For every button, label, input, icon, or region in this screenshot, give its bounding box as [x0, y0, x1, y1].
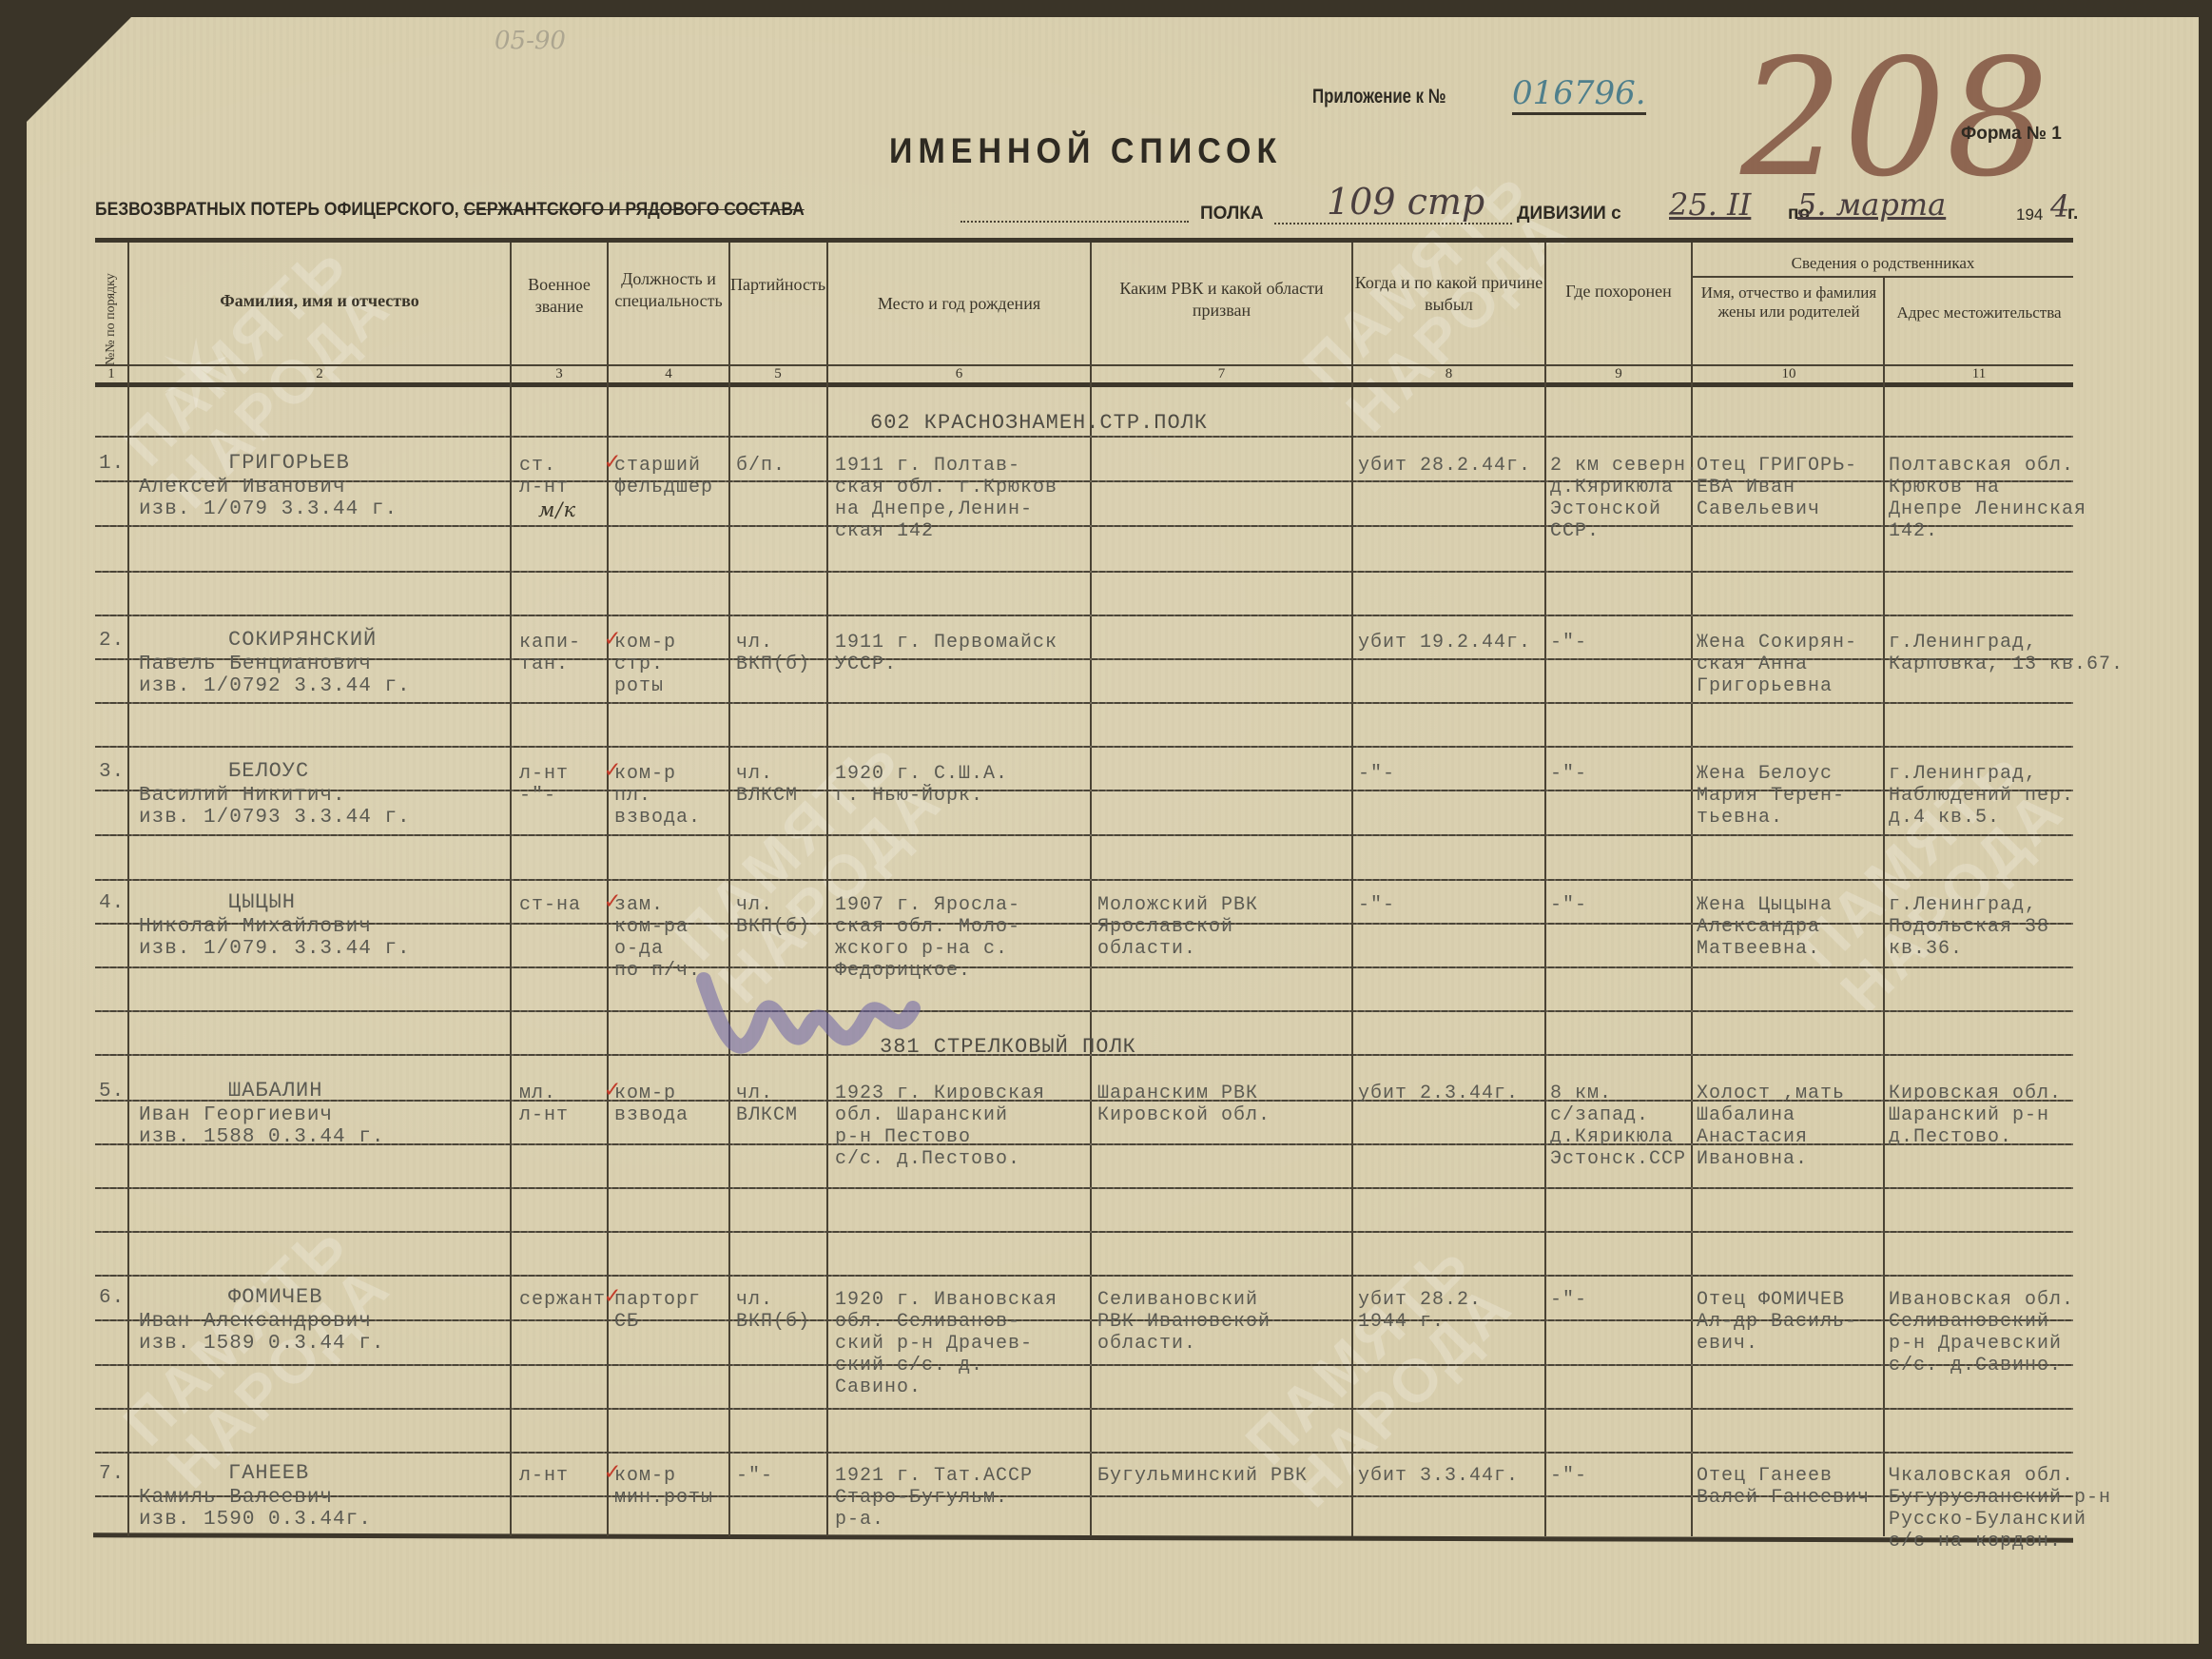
col-number-8: 8 [1353, 365, 1544, 384]
row-rule [95, 746, 2073, 748]
address-line: Подольская 38 [1889, 916, 2049, 938]
reason-line: убит 28.2.44г. [1358, 455, 1531, 477]
row-rule [95, 702, 2073, 704]
birth-line: р-а. [835, 1509, 884, 1531]
reason-line: убит 3.3.44г. [1358, 1465, 1519, 1487]
surname: ГРИГОРЬЕВ [228, 451, 350, 475]
birth-line: 1923 г. Кировская [835, 1083, 1045, 1104]
rank-line: тан. [519, 654, 569, 675]
relative-line: Жена Сокирян- [1697, 632, 1857, 654]
rank-line: капи- [519, 632, 581, 654]
rank-line: ст. [519, 455, 556, 477]
position-line: о-да [614, 938, 664, 960]
address-line: Селивановский [1889, 1311, 2049, 1333]
list-subtitle: БЕЗВОЗВРАТНЫХ ПОТЕРЬ ОФИЦЕРСКОГО, СЕРЖАН… [95, 200, 805, 221]
surname: ФОМИЧЕВ [228, 1285, 322, 1309]
col-header-1-label: №№ по порядку [103, 276, 120, 365]
relative-line: ская Анна [1697, 654, 1808, 675]
row-rule [95, 879, 2073, 881]
position-line: мин.роты [614, 1487, 713, 1509]
regiment-label: ПОЛКА [1200, 204, 1264, 224]
reason-line: -"- [1358, 894, 1395, 916]
address-line: Ивановская обл. [1889, 1289, 2074, 1311]
address-line: Кировская обл. [1889, 1083, 2062, 1104]
col-header-1: №№ по порядку [95, 276, 127, 361]
relative-line: Савельевич [1697, 498, 1820, 520]
birth-line: р-н Пестово [835, 1126, 971, 1148]
address-line: Чкаловская обл. [1889, 1465, 2074, 1487]
rank-line: л-нт [519, 1465, 569, 1487]
relative-line: Жена Цыцына [1697, 894, 1833, 916]
birth-line: Федорицкое. [835, 960, 971, 982]
birth-line: ская обл. Моло- [835, 916, 1020, 938]
red-check-icon: ✓ [605, 447, 620, 477]
year-prefix: 194 [2016, 205, 2043, 224]
position-line: старший [614, 455, 701, 477]
surname: ШАБАЛИН [228, 1079, 322, 1103]
table-top-border [95, 238, 2073, 243]
red-check-icon: ✓ [605, 755, 620, 785]
birth-line: жского р-на с. [835, 938, 1008, 960]
col-number-11: 11 [1885, 365, 2073, 384]
rvk-line: Моложский РВК [1097, 894, 1258, 916]
address-line: Карповка, 13 кв.67. [1889, 654, 2124, 675]
reason-line: -"- [1358, 763, 1395, 785]
row-rule [95, 525, 2073, 527]
subtitle-struck: СЕРЖАНТСКОГО И РЯДОВОГО СОСТАВА [464, 200, 805, 220]
address-line: д.Пестово. [1889, 1126, 2012, 1148]
relative-line: Отец Ганеев [1697, 1465, 1833, 1487]
row-rule [95, 966, 2073, 968]
row-rule [95, 571, 2073, 573]
row-rule [95, 1452, 2073, 1454]
rvk-line: РВК Ивановской [1097, 1311, 1271, 1333]
position-line: ком-р [614, 763, 676, 785]
given-names: Павель Бенцианович [139, 654, 372, 675]
position-line: ком-р [614, 632, 676, 654]
birth-line: ский с/с. д. [835, 1355, 983, 1376]
party-line: ВКП(б) [736, 654, 810, 675]
position-line: роты [614, 675, 664, 697]
date-from: 25. II [1669, 186, 1751, 223]
given-names: Иван Александрович [139, 1311, 372, 1333]
party-line: чл. [736, 894, 773, 916]
address-line: с/с на кордон. [1889, 1531, 2062, 1552]
party-line: чл. [736, 1083, 773, 1104]
col-number-4: 4 [609, 365, 728, 384]
birth-line: ский р-н Драчев- [835, 1333, 1033, 1355]
col-number-3: 3 [512, 365, 607, 384]
red-check-icon: ✓ [605, 1281, 620, 1311]
party-line: -"- [736, 1465, 773, 1487]
red-check-icon: ✓ [605, 1457, 620, 1487]
buried-line: -"- [1550, 632, 1587, 654]
birth-line: 1911 г. Полтав- [835, 455, 1020, 477]
birth-line: на Днепре,Ленин- [835, 498, 1033, 520]
notice-ref: изв. 1/079. 3.3.44 г. [139, 938, 411, 960]
page-title: ИМЕННОЙ СПИСОК [889, 131, 1282, 172]
subtitle-kept: БЕЗВОЗВРАТНЫХ ПОТЕРЬ ОФИЦЕРСКОГО, [95, 200, 459, 220]
address-line: г.Ленинград, [1889, 763, 2037, 785]
party-line: ВЛКСМ [736, 785, 798, 807]
col-header-7: Каким РВК и какой области призван [1092, 278, 1351, 322]
address-line: 142. [1889, 520, 1938, 542]
birth-line: УССР. [835, 654, 897, 675]
given-names: Николай Михайлович [139, 916, 372, 938]
division-underline [1274, 223, 1512, 224]
address-line: г.Ленинград, [1889, 894, 2037, 916]
relative-line: Шабалина [1697, 1104, 1795, 1126]
archive-number: 208 [1740, 38, 2048, 200]
red-check-icon: ✓ [605, 887, 620, 916]
rank-note: м/к [538, 498, 576, 521]
row-number: 2. [99, 630, 125, 652]
year-end: г. [2067, 204, 2078, 224]
address-line: Бугурусланский р-н [1889, 1487, 2111, 1509]
address-line: Русско-Буланский [1889, 1509, 2086, 1531]
party-line: чл. [736, 1289, 773, 1311]
col-header-4: Должность и специальность [609, 268, 728, 313]
address-line: г.Ленинград, [1889, 632, 2037, 654]
col-header-10: Имя, отчество и фамилия жены или родител… [1695, 283, 1883, 322]
address-line: с/с. д.Савино. [1889, 1355, 2062, 1376]
col-header-9: Где похоронен [1546, 281, 1691, 303]
birth-line: 1921 г. Тат.АССР [835, 1465, 1033, 1487]
relative-line: Матвеевна. [1697, 938, 1820, 960]
surname: ЦЫЦЫН [228, 890, 296, 914]
birth-line: Старо-Бугульм. [835, 1487, 1008, 1509]
appendix-label: Приложение к № [1312, 86, 1446, 108]
buried-line: ССР. [1550, 520, 1600, 542]
position-line: взвода. [614, 807, 701, 829]
address-line: д.4 кв.5. [1889, 807, 2000, 829]
relative-line: Мария Терен- [1697, 785, 1845, 807]
address-line: Днепре Ленинская [1889, 498, 2086, 520]
position-line: зам. [614, 894, 664, 916]
rvk-line: Ярославской [1097, 916, 1233, 938]
rank-line: л-нт [519, 1104, 569, 1126]
date-to: 5. марта [1797, 186, 1946, 223]
given-names: Алексей Иванович [139, 477, 346, 498]
row-rule [95, 436, 2073, 438]
party-line: ВКП(б) [736, 1311, 810, 1333]
row-rule [95, 1010, 2073, 1012]
address-line: Шаранский р-н [1889, 1104, 2049, 1126]
col-number-7: 7 [1092, 365, 1351, 384]
division-label: ДИВИЗИИ с [1517, 204, 1621, 224]
birth-line: обл. Шаранский [835, 1104, 1008, 1126]
party-line: чл. [736, 763, 773, 785]
rank-line: мл. [519, 1083, 556, 1104]
row-rule [95, 615, 2073, 616]
subtitle-underline [960, 221, 1189, 223]
rvk-line: Кировской обл. [1097, 1104, 1271, 1126]
given-names: Камиль Валеевич [139, 1487, 333, 1509]
buried-line: 8 км. [1550, 1083, 1612, 1104]
notice-ref: изв. 1588 0.3.44 г. [139, 1126, 384, 1148]
buried-line: -"- [1550, 763, 1587, 785]
relative-line: ЕВА Иван [1697, 477, 1795, 498]
position-line: СБ [614, 1311, 639, 1333]
reason-line: 1944 г. [1358, 1311, 1445, 1333]
notice-ref: изв. 1/0793 3.3.44 г. [139, 807, 411, 829]
rank-line: л-нт [519, 477, 569, 498]
division-value: 109 стр [1327, 181, 1484, 223]
position-line: стр. [614, 654, 664, 675]
rank-line: л-нт [519, 763, 569, 785]
row-rule [95, 834, 2073, 836]
col-header-3: Военное звание [512, 274, 607, 319]
col-header-5: Партийность [730, 274, 825, 296]
reason-line: убит 28.2. [1358, 1289, 1482, 1311]
buried-line: -"- [1550, 894, 1587, 916]
buried-line: -"- [1550, 1465, 1587, 1487]
rvk-line: области. [1097, 938, 1196, 960]
buried-line: 2 км северн. [1550, 455, 1698, 477]
buried-line: Эстонск.ССР [1550, 1148, 1686, 1170]
reason-line: убит 19.2.44г. [1358, 632, 1531, 654]
section-heading: 602 КРАСНОЗНАМЕН.СТР.ПОЛК [870, 411, 1208, 435]
rank-line: ст-на [519, 894, 581, 916]
row-rule [95, 1364, 2073, 1366]
col-header-2: Фамилия, имя и отчество [129, 290, 510, 312]
buried-line: Эстонской [1550, 498, 1661, 520]
relative-line: Анастасия [1697, 1126, 1808, 1148]
rvk-line: Шаранским РВК [1097, 1083, 1258, 1104]
col-header-11: Адрес местожительства [1885, 303, 2073, 323]
form-label: Форма № 1 [1961, 124, 2062, 145]
birth-line: 1911 г. Первомайск [835, 632, 1057, 654]
row-number: 5. [99, 1081, 125, 1103]
row-number: 4. [99, 892, 125, 914]
birth-line: ская обл. г.Крюков [835, 477, 1057, 498]
position-line: по п/ч. [614, 960, 701, 982]
position-line: ком-ра [614, 916, 689, 938]
red-check-icon: ✓ [605, 624, 620, 654]
birth-line: 1920 г. Ивановская [835, 1289, 1057, 1311]
rank-line: сержант [519, 1289, 606, 1311]
birth-line: с/с. д.Пестово. [835, 1148, 1020, 1170]
col-header-8: Когда и по какой причине выбыл [1353, 272, 1544, 317]
row-rule [95, 1275, 2073, 1277]
relative-line: Отец ГРИГОРЬ- [1697, 455, 1857, 477]
birth-line: Савино. [835, 1376, 922, 1398]
col-number-1: 1 [95, 365, 127, 384]
address-line: кв.36. [1889, 938, 1963, 960]
position-line: фельдшер [614, 477, 713, 498]
party-line: ВЛКСМ [736, 1104, 798, 1126]
notice-ref: изв. 1/079 3.3.44 г. [139, 498, 398, 520]
reason-line: убит 2.3.44г. [1358, 1083, 1519, 1104]
relative-line: тьевна. [1697, 807, 1783, 829]
col-header-6: Место и год рождения [828, 293, 1090, 315]
col-number-6: 6 [828, 365, 1090, 384]
birth-line: г. Нью-Йорк. [835, 785, 983, 807]
position-line: взвода [614, 1104, 689, 1126]
row-number: 6. [99, 1287, 125, 1309]
rvk-line: Селивановский [1097, 1289, 1258, 1311]
col-number-2: 2 [129, 365, 510, 384]
relative-line: Жена Белоус [1697, 763, 1833, 785]
relatives-group-header: Сведения о родственниках [1693, 253, 2073, 274]
surname: ГАНЕЕВ [228, 1461, 309, 1485]
col-divider [1883, 278, 1885, 1536]
address-line: Наблюдений пер. [1889, 785, 2074, 807]
buried-line: -"- [1550, 1289, 1587, 1311]
notice-ref: изв. 1590 0.3.44г. [139, 1509, 372, 1531]
relative-line: Холост ,мать [1697, 1083, 1845, 1104]
relative-line: евич. [1697, 1333, 1758, 1355]
buried-line: д.Кярикюла [1550, 1126, 1674, 1148]
position-line: ком-р [614, 1465, 676, 1487]
rvk-line: области. [1097, 1333, 1196, 1355]
row-number: 7. [99, 1463, 125, 1485]
surname: БЕЛОУС [228, 759, 309, 783]
surname: СОКИРЯНСКИЙ [228, 628, 377, 652]
birth-line: 1907 г. Яросла- [835, 894, 1020, 916]
notice-ref: изв. 1/0792 3.3.44 г. [139, 675, 411, 697]
address-line: Полтавская обл. [1889, 455, 2074, 477]
col-number-5: 5 [730, 365, 825, 384]
row-rule [95, 1408, 2073, 1410]
party-line: б/п. [736, 455, 786, 477]
party-line: чл. [736, 632, 773, 654]
given-names: Василий Никитич. [139, 785, 346, 807]
birth-line: 1920 г. С.Ш.А. [835, 763, 1008, 785]
col-number-10: 10 [1695, 365, 1883, 384]
given-names: Иван Георгиевич [139, 1104, 333, 1126]
corner-pencil-mark: 05-90 [495, 27, 566, 55]
row-rule [95, 1231, 2073, 1233]
buried-line: д.Кярикюла [1550, 477, 1674, 498]
rank-line: -"- [519, 785, 556, 807]
party-line: ВКП(б) [736, 916, 810, 938]
position-line: пл. [614, 785, 651, 807]
relative-line: Григорьевна [1697, 675, 1833, 697]
relative-line: Ал-др Василь- [1697, 1311, 1857, 1333]
position-line: парторг [614, 1289, 701, 1311]
position-line: ком-р [614, 1083, 676, 1104]
row-rule [95, 1187, 2073, 1189]
relative-line: Ивановна. [1697, 1148, 1808, 1170]
appendix-number: 016796. [1512, 74, 1646, 115]
address-line: Крюков на [1889, 477, 2000, 498]
birth-line: обл. Селиванов- [835, 1311, 1020, 1333]
row-number: 3. [99, 761, 125, 783]
relative-line: Александра [1697, 916, 1820, 938]
address-line: р-н Драчевский [1889, 1333, 2062, 1355]
red-check-icon: ✓ [605, 1075, 620, 1104]
relative-line: Валей Ганеевич [1697, 1487, 1870, 1509]
relative-line: Отец ФОМИЧЕВ [1697, 1289, 1845, 1311]
col-number-9: 9 [1546, 365, 1691, 384]
row-number: 1. [99, 453, 125, 475]
rvk-line: Бугульминский РВК [1097, 1465, 1308, 1487]
birth-line: ская 142 [835, 520, 934, 542]
buried-line: с/запад. [1550, 1104, 1649, 1126]
notice-ref: изв. 1589 0.3.44 г. [139, 1333, 384, 1355]
